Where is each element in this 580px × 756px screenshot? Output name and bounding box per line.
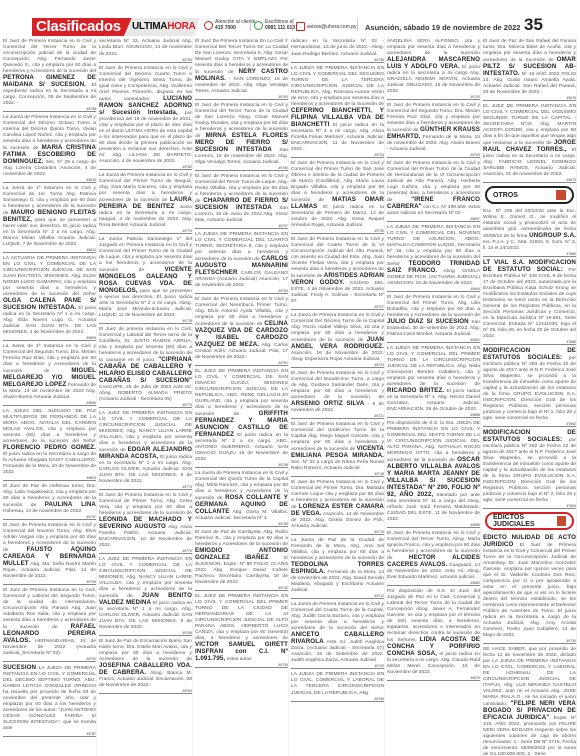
legal-notice: LA JUEZA DE PRIMERA INSTANCIA EN LO CIVI… — [387, 345, 480, 418]
notice-code: 49685 — [387, 523, 480, 527]
notice-text: La Jueza de Primera Instancia en lo Civi… — [291, 602, 384, 631]
legal-notice: El Juez de Primera Instancia en lo Civil… — [291, 421, 384, 477]
notice-code: 49764 — [99, 689, 192, 693]
notice-code: 49770 — [99, 549, 192, 553]
notice-text: Por Escritura Pública Nº 346 CIVIL 9 de … — [483, 268, 576, 339]
legal-notice: El Juez de primera instancia en lo Civil… — [99, 326, 192, 408]
notice-code: 49727 — [291, 305, 384, 309]
page-header: Clasificados ULTIMAHORA Atención al clie… — [0, 0, 580, 36]
legal-notice: EL JUEZ DE PRIMERA INSTANCIA EN LO CIVIL… — [195, 368, 288, 468]
column-6: El Juez de Paz de San Rafael del Paraná … — [483, 38, 577, 756]
legal-notice: LA JUEZA DEL JUZGADO DE PAZ MULTIFUEROS … — [3, 408, 96, 481]
notice-subject-name: SUCESION — [3, 664, 36, 671]
legal-notice: El Juez de Primera Instancia en lo Civil… — [195, 173, 288, 229]
notice-text: Asunción, 16 de Noviembre de 2022. Abog.… — [291, 351, 384, 362]
notice-text: LA ACTUARIA DE PRIMERA INSTANCIA EN LO C… — [3, 256, 96, 297]
legal-notice: MODIFICACION DE ESTATUTOS SOCIALES: por … — [483, 429, 576, 509]
legal-notice: El Juez de Primera Instancia en lo Civil… — [291, 236, 384, 310]
legal-notice: EL JUEZ DE PRIMERA INSTANCIA EN LO CIVIL… — [483, 103, 576, 183]
notice-subject-name: PETRONA GIMENEZ DE MAIDANA S/ SUCESION. — [3, 74, 96, 88]
notice-code: 49775 — [99, 403, 192, 407]
notice-text: El Juez de Primera Instancia en lo Civil… — [99, 493, 192, 516]
notice-code: 49784 — [99, 58, 192, 62]
legal-notice: El Juez de Paz de Hohenau turno, Dra. Ab… — [3, 483, 96, 520]
notice-text: ANGELINA VERA ALFONSO, cita y emplaza po… — [387, 39, 480, 56]
legal-notice: LA ACTUARIA DE PRIMERA INSTANCIA EN LO C… — [3, 255, 96, 341]
legal-notice: LA JUEZA DE PRIMERA INSTANCIA EN LO CIVI… — [195, 231, 288, 294]
notice-code: 49754 — [195, 289, 288, 293]
notice-text: LA JUEZA DE PRIMERA INSTANCIA EN LO CIVI… — [291, 66, 384, 107]
notice-code: 49795 — [3, 580, 96, 584]
notice-text: LA JUEZA DE PRIMERA INSTANCIA EN LO CIVI… — [3, 666, 96, 731]
legal-notice: El Juez de Primera Instancia en lo Civil… — [195, 296, 288, 366]
legal-notice: EDICTO NULIDAD DE ACTO JURIDICO El Juez … — [483, 534, 576, 644]
dateline: Asunción, sábado 19 de noviembre de 2022 — [365, 23, 520, 32]
divider — [357, 19, 358, 31]
legal-notice: LA JUEZ DE PRIMERA INSTANCIA EN LO CIVIL… — [99, 410, 192, 490]
legal-notice: El Juez de Primera Instancia en lo Civil… — [291, 370, 384, 419]
section-icon — [557, 516, 566, 526]
notice-text: El Juez de Primera Instancia en lo Civil… — [387, 295, 480, 318]
notice-code: 49757 — [195, 224, 288, 228]
legal-notice: El Juez de Primera Instancia en lo Civil… — [3, 38, 96, 112]
notice-text: secretaría Nº 33, Actuaria Judicial Abg.… — [99, 39, 192, 57]
notice-code: 49763 — [195, 95, 288, 99]
legal-notice: El Juez de Paz de Encarnación Barrio San… — [99, 638, 192, 694]
notice-code: 49814 — [3, 248, 96, 252]
phone-icon — [204, 21, 213, 30]
legal-notice: MODIFICACION DE ESTATUTOS SOCIALES: por … — [483, 347, 576, 427]
notice-code: 49718 — [291, 472, 384, 476]
notice-code: 49792 — [3, 657, 96, 661]
notice-text: El Juez de Primera Instancia en lo Civil… — [483, 543, 576, 638]
notice-code: 47692 — [483, 422, 576, 426]
column-2: secretaría Nº 33, Actuaria Judicial Abg.… — [99, 38, 193, 756]
legal-notice: El Juez de Primera Instancia en lo Civil… — [291, 479, 384, 535]
legal-notice: El Juez de Paz de San Rafael del Paraná … — [483, 38, 576, 101]
contact-whatsapp: Escríbinos al0981 111 013 — [254, 19, 295, 31]
legal-notice: El Juez de Primera Instancia en lo Civil… — [99, 492, 192, 554]
notice-code: 49700 — [387, 153, 480, 157]
contact-email[interactable]: avisos@uhora.com.py — [296, 22, 357, 31]
section-header-otros: OTROS — [485, 186, 574, 204]
notice-text: Ins. P.J.A. y C., Mat. 31653, S. Com. Nº… — [483, 240, 576, 251]
legal-notice: LA JUEZ DE PRIMERA INSTANCIA EN LO CIVIL… — [99, 556, 192, 636]
notice-text: El Juez de Paz de Encarnación Barrio San… — [99, 639, 192, 662]
notice-text: EL JUEZ DE PRIMERA INSTANCIA EN LO CIVIL… — [195, 594, 288, 641]
notice-text: Hohenau, 14 de noviembre de 2022. — [3, 509, 82, 514]
notice-code: 49703 — [387, 95, 480, 99]
column-5: ANGELINA VERA ALFONSO, cita y emplaza po… — [387, 38, 481, 756]
notice-code: 49751 — [195, 361, 288, 365]
notice-text: El Juez de Primera Instancia en lo Civil… — [3, 39, 96, 74]
notice-text: Por disposición de S.S. El Juez del Juzg… — [387, 589, 480, 643]
envelope-icon — [296, 22, 305, 31]
legal-notice: El Juez de Primera Instancia en lo Civil… — [3, 522, 96, 585]
notice-code: 49797 — [3, 515, 96, 519]
legal-notice: La Jueza de Primera Instancia en lo Civi… — [291, 601, 384, 669]
notice-subject-name: OSCAR ALBERTO VILLALBA AVALOS Y MARIA MA… — [387, 456, 480, 498]
notice-code: 49697 — [387, 217, 480, 221]
notice-code: 49778 — [99, 319, 192, 323]
divider — [250, 19, 251, 31]
legal-notice: El Juez de Primera Instancia en lo Civil… — [99, 65, 192, 170]
legal-notice: La Jueza de 1ª Instancia en lo Civil y C… — [3, 185, 96, 253]
notice-subject-name: RICARDO BRITEZ. — [387, 387, 444, 394]
notice-code: 49724 — [291, 363, 384, 367]
legal-notice: El Juez De Primera Instancia En Lo Civil… — [195, 38, 288, 100]
section-header-label: EDICTOS JUDICIALES — [493, 514, 557, 528]
legal-notice: El Juez de Primera Instancia en lo Civil… — [291, 160, 384, 234]
notice-code: 49808 — [3, 336, 96, 340]
legal-notice: Esc. Nº 106 del 20/10/22 ante la Esc. Wi… — [483, 208, 576, 257]
legal-notice: La Jueza Patricia Samaniego 1º del Juzga… — [99, 236, 192, 324]
divider — [292, 19, 293, 31]
notice-text: Sec. Nº 22 a cargo de Nirma Perla Nunes … — [291, 460, 384, 471]
legal-notice: La Jueza de Paz de la Ciudad de Fernando… — [291, 537, 384, 599]
notice-code: 49721 — [291, 414, 384, 418]
notice-text: CAACUPE, 25 de Julio de 2022 Ante mí: Ab… — [99, 385, 192, 402]
notice-text: radican en la Secretaría Nº 02 - Hernand… — [291, 39, 384, 57]
notice-code: 49748 — [195, 463, 288, 467]
notice-code: 47686 — [483, 340, 576, 344]
legal-notice: ANGELINA VERA ALFONSO, cita y emplaza po… — [387, 38, 480, 100]
notice-code: 49779 — [99, 229, 192, 233]
notice-subject-name: JULIO DIAZ S/ SUCESION — [387, 318, 469, 325]
notice-code: 49739 — [195, 663, 288, 667]
notice-code: 49760 — [195, 166, 288, 170]
section-header-edictos: EDICTOS JUDICIALES — [485, 512, 574, 530]
notice-code: 49806 — [3, 401, 96, 405]
notice-code: 49709 — [291, 664, 384, 668]
legal-notice: El Juez de Paz de Carribyeta, Abg. Rubio… — [195, 529, 288, 591]
legal-notice: La Jueza de Primera Instancia en lo Civi… — [195, 470, 288, 527]
legal-notice: La Jueza de Primera Instancia en lo Civi… — [99, 172, 192, 234]
notice-text: El juicio radica en la Secretaría a carg… — [3, 452, 96, 475]
notice-text: por escritura pública Nº 283 de Fecha 22… — [483, 356, 576, 421]
legal-notice: La Jueza de Primera Instancia en lo Civi… — [291, 312, 384, 368]
notice-code: 49715 — [291, 530, 384, 534]
notice-text: por escritura pública Nº 282 de Fecha 22… — [483, 438, 576, 503]
column-3: El Juez De Primera Instancia En Lo Civil… — [195, 38, 289, 756]
notice-subject-name: PAULINA LINA — [45, 501, 96, 508]
legal-notice: EL JUEZ DE PRIMERA INSTANCIA EN LO CIVIL… — [195, 593, 288, 668]
notice-text: El Juez de Primera Instancia en lo Civil… — [291, 371, 384, 400]
legal-notice: LA JUEZA DE PRIMERA INSTANCIA EN LO CIVI… — [387, 224, 480, 292]
legal-notice: El Juez de Primera Instancia en lo Civil… — [387, 294, 480, 343]
notice-code: 49736 — [291, 58, 384, 62]
legal-notice: SUCESION LA JUEZA DE PRIMERA INSTANCIA E… — [3, 664, 96, 737]
notice-subject-name: ARSENIO ORTIZ SILVA — [291, 400, 364, 407]
notice-code: 49815 — [3, 178, 96, 182]
section-title: Clasificados — [32, 18, 132, 36]
notice-text: estos autos — [225, 657, 251, 662]
column-1: El Juez de Primera Instancia en lo Civil… — [3, 38, 97, 756]
legal-notice: secretaría Nº 33, Actuaria Judicial Abg.… — [99, 38, 192, 63]
legal-notice: La Jueza de 1ª Instancia en lo Civil y C… — [3, 343, 96, 406]
notice-text: La Jueza de Paz de la Ciudad de Fernando… — [291, 538, 384, 561]
legal-notice: Por disposición de S.S. El Juez del Juzg… — [387, 588, 480, 681]
legal-notice: radican en la Secretaría Nº 02 - Hernand… — [291, 38, 384, 63]
notice-text: El Juez de Paz de Carribyeta, Abg. Rubio… — [195, 530, 288, 547]
notice-code: 47694 — [483, 504, 576, 508]
notice-code: 49673 — [483, 178, 576, 182]
notice-code: 49679 — [387, 676, 480, 680]
notice-text: LA JUEZA DE PRIMERA INSTANCIA EN LO CIVI… — [387, 346, 480, 387]
section-icon — [556, 190, 566, 200]
notice-text: LA JUEZA DE PRIMERA INSTANCIA EN LO CIVI… — [291, 672, 384, 696]
notice-code: 49694 — [387, 287, 480, 291]
notice-code: 49766 — [99, 631, 192, 635]
newspaper-logo: ULTIMAHORA — [132, 21, 195, 32]
legal-notice: SE HACE SABER, que por proveído de fecha… — [483, 646, 576, 756]
legal-notice: LA JUEZA DE PRIMERA INSTANCIA EN LO CIVI… — [291, 671, 384, 702]
notice-code: 49712 — [291, 594, 384, 598]
notice-code: 49688 — [387, 413, 480, 417]
legal-notice: La Jueza de Primera Instancia en lo Civi… — [3, 114, 96, 183]
column-4: radican en la Secretaría Nº 02 - Hernand… — [291, 38, 385, 756]
notice-text: por providencia del 19 de noviembre de 2… — [99, 111, 192, 164]
notice-code: 49773 — [99, 485, 192, 489]
notice-text: . Expte. Nº 315, AÑO 2022, promovido por… — [483, 716, 576, 756]
notice-code: 49782 — [99, 165, 192, 169]
notice-code: 49730 — [483, 639, 576, 643]
section-header-label: OTROS — [493, 192, 518, 199]
notice-code: 49803 — [3, 476, 96, 480]
legal-notice: LT VIAL S.A. MODIFICACION DE ESTATUTO SO… — [483, 259, 576, 345]
notice-code: 49730 — [291, 229, 384, 233]
notice-subject-name: FLORENCIO PEDRO GOMEZ. — [3, 444, 96, 451]
legal-notice: El Juez de Primera Instancia en lo Civil… — [387, 160, 480, 222]
page-number: 35 — [524, 15, 543, 35]
classifieds-columns: El Juez de Primera Instancia en lo Civil… — [3, 38, 577, 756]
legal-notice: El Juez de Primera Instancia en lo Civil… — [387, 102, 480, 158]
legal-notice: El Juez de Primera Instancia en lo Civil… — [195, 102, 288, 171]
notice-code: 49742 — [195, 586, 288, 590]
notice-code: 49745 — [195, 522, 288, 526]
notice-text: LA JUEZA DEL JUZGADO DE PAZ MULTIFUEROS … — [3, 409, 96, 444]
notice-code: 49768 — [3, 107, 96, 111]
whatsapp-icon — [254, 21, 263, 30]
legal-notice: Por disposición de S.S. la Sra. JUEZA DE… — [387, 420, 480, 528]
legal-notice: El Juez de Primera Instancia en lo Civil… — [3, 587, 96, 662]
notice-code: 49691 — [387, 338, 480, 342]
notice-code: 49733 — [291, 153, 384, 157]
notice-code: 49706 — [291, 697, 384, 701]
legal-notice: LA JUEZA DE PRIMERA INSTANCIA EN LO CIVI… — [291, 65, 384, 158]
notice-code: 47680 — [483, 252, 576, 256]
notice-text: SE HACE SABER, que por proveído de fecha… — [483, 647, 576, 707]
notice-code: 49676 — [483, 96, 576, 100]
notice-code: 49682 — [387, 581, 480, 585]
notice-subject-name: UNGROUP S.A. — [529, 232, 576, 239]
legal-notice: El Juez de Primera Instancia en lo Civil… — [387, 530, 480, 586]
notice-code: 49787 — [3, 732, 96, 736]
